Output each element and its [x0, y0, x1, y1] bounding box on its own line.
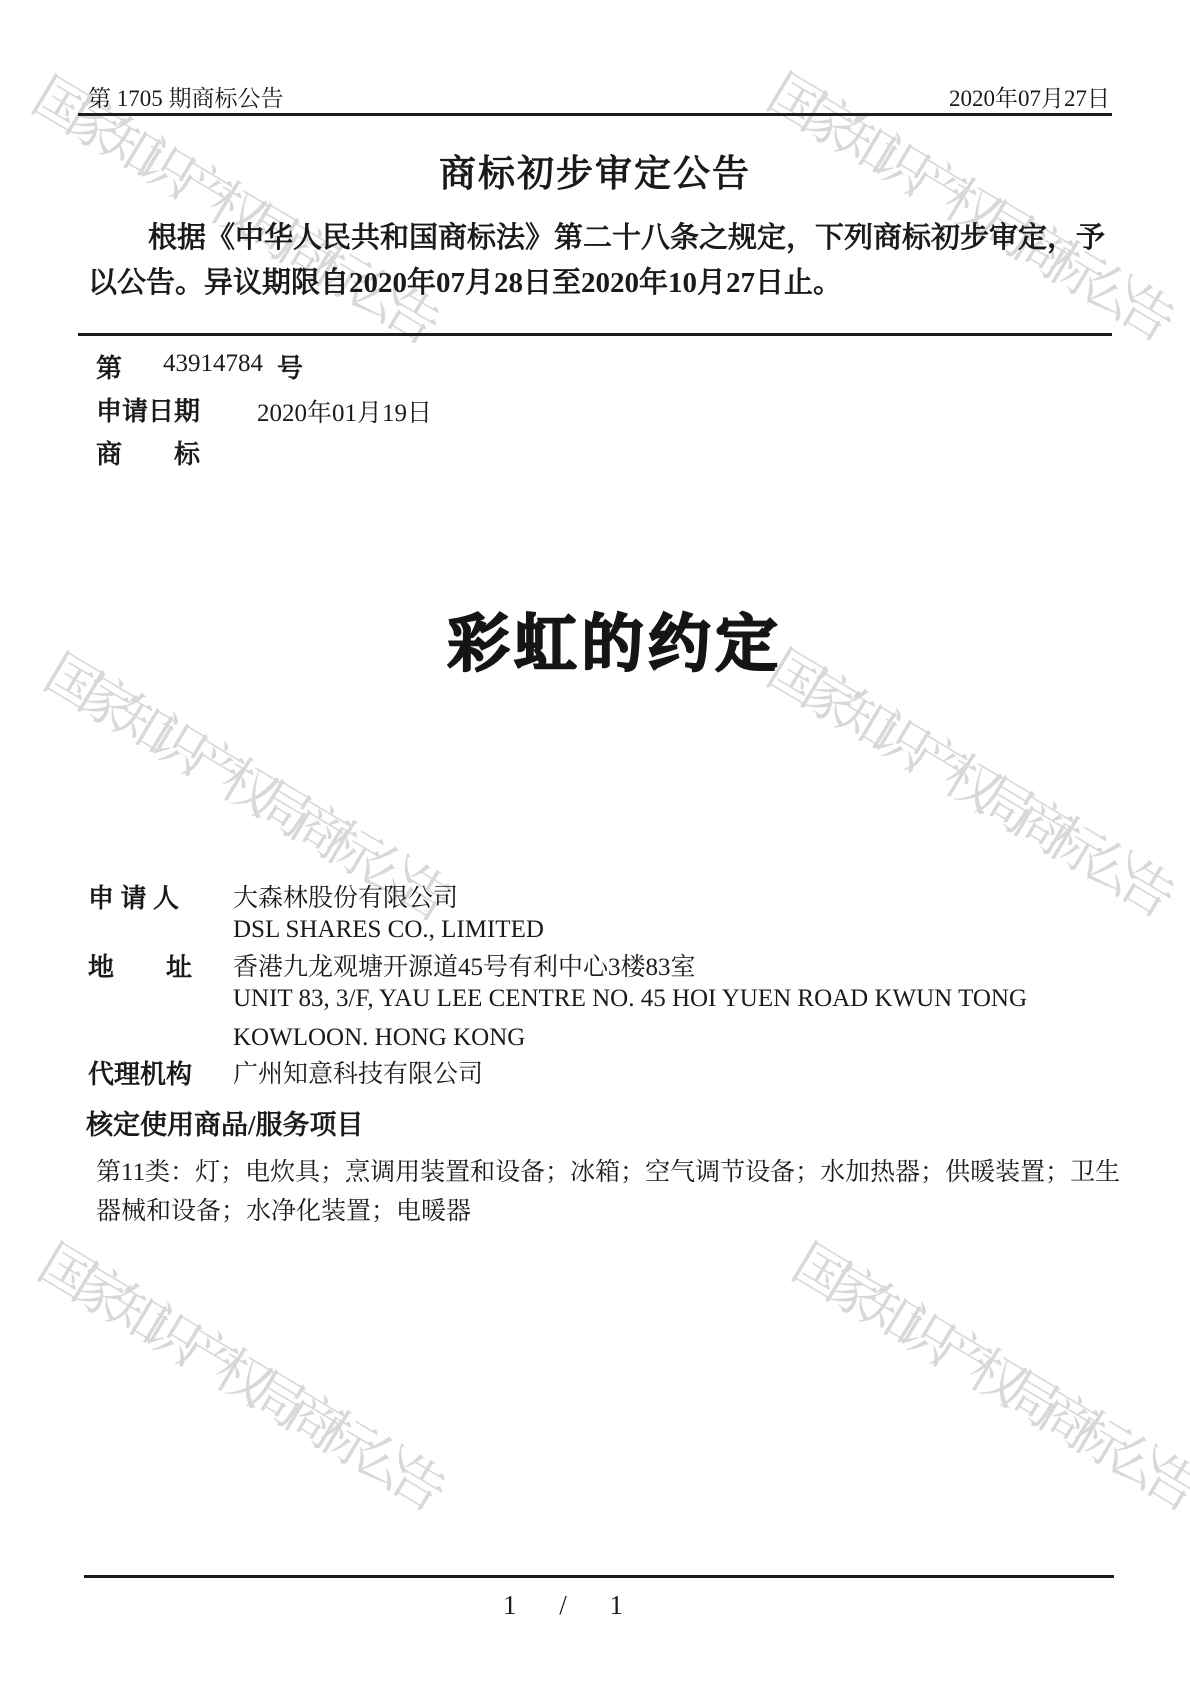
footer-rule	[84, 1575, 1114, 1578]
address-en-line2: KOWLOON. HONG KONG	[233, 1024, 525, 1052]
registration-number-suffix: 号	[277, 348, 303, 385]
registration-number-prefix: 第	[96, 348, 122, 385]
intro-line-2: 以公告。异议期限自2020年07月28日至2020年10月27日止。	[88, 261, 1105, 306]
agent-label: 代理机构	[88, 1054, 192, 1091]
applicant-label: 申 请 人	[88, 878, 179, 915]
watermark-text: 国家知识产权局商标公告	[26, 1222, 452, 1520]
goods-line-1: 第11类：灯；电炊具；烹调用装置和设备；冰箱；空气调节设备；水加热器；供暖装置；…	[96, 1153, 1120, 1192]
header-rule	[78, 113, 1112, 116]
header-date: 2020年07月27日	[949, 80, 1110, 113]
address-en-line1: UNIT 83, 3/F, YAU LEE CENTRE NO. 45 HOI …	[233, 985, 1027, 1013]
intro-paragraph: 根据《中华人民共和国商标法》第二十八条之规定，下列商标初步审定，予 以公告。异议…	[88, 216, 1105, 306]
applicant-name-en: DSL SHARES CO., LIMITED	[233, 916, 544, 944]
total-pages: 1	[609, 1590, 623, 1621]
header-issue-number: 第 1705 期商标公告	[88, 80, 284, 113]
goods-section-title: 核定使用商品/服务项目	[86, 1103, 364, 1142]
applicant-name-cn: 大森林股份有限公司	[233, 878, 458, 914]
gazette-page: 国家知识产权局商标公告 国家知识产权局商标公告 国家知识产权局商标公告 国家知识…	[0, 0, 1190, 1684]
address-cn: 香港九龙观塘开源道45号有利中心3楼83室	[233, 947, 696, 983]
agent-name: 广州知意科技有限公司	[233, 1054, 483, 1090]
trademark-mark-image: 彩虹的约定	[20, 594, 1190, 683]
goods-line-2: 器械和设备；水净化装置；电暖器	[96, 1192, 1120, 1231]
application-date-value: 2020年01月19日	[257, 393, 432, 429]
page-separator: /	[559, 1590, 567, 1621]
mark-label: 商 标	[96, 434, 200, 471]
address-label: 地 址	[88, 947, 192, 984]
application-date-label: 申请日期	[96, 391, 200, 428]
section-divider-rule	[78, 333, 1112, 336]
goods-list: 第11类：灯；电炊具；烹调用装置和设备；冰箱；空气调节设备；水加热器；供暖装置；…	[96, 1153, 1120, 1231]
page-indicator: 1 / 1	[503, 1590, 623, 1621]
current-page: 1	[503, 1590, 517, 1621]
watermark-text: 国家知识产权局商标公告	[780, 1222, 1190, 1520]
page-title: 商标初步审定公告	[0, 143, 1190, 197]
intro-line-1: 根据《中华人民共和国商标法》第二十八条之规定，下列商标初步审定，予	[88, 216, 1105, 261]
registration-number: 43914784	[163, 350, 263, 378]
